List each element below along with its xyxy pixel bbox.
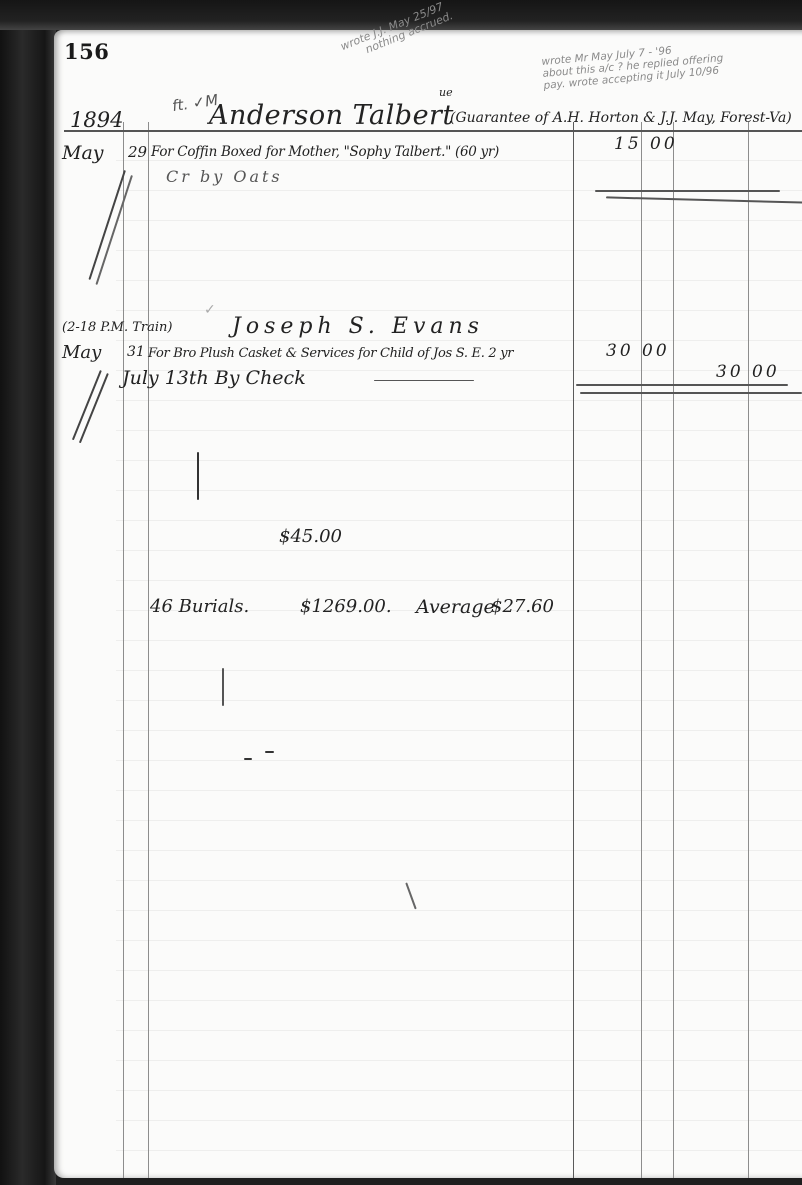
stray-mark [244,758,252,760]
pencil-note-right: wrote Mr May July 7 - '96 about this a/c… [541,40,725,92]
year: 1894 [70,108,123,132]
subtotal: $45.00 [279,526,342,547]
entry-description: For Bro Plush Casket & Services for Chil… [148,346,513,361]
column-rule-day [148,122,149,1178]
entry-day: 29 [128,143,147,161]
ruling-double-2a [576,384,788,386]
book-binding [0,0,56,1185]
account-name-anderson-talbert: Anderson Talbert [209,100,454,131]
burials-count: 46 Burials. [150,596,249,617]
column-rule-date [123,122,124,1178]
entry-sub-note: July 13th By Check [122,367,306,389]
posting-mark [88,170,125,280]
account-name-joseph-evans: Joseph S. Evans [232,314,484,339]
entry-credit: 30 00 [716,362,780,382]
check-mark: ✓ [204,302,216,318]
account-name-suffix: ue [439,86,453,99]
entry-month: May [62,142,104,164]
stray-mark [222,668,224,706]
entry-day: 31 [127,344,145,360]
page-number: 156 [64,39,109,64]
guarantee-note: (Guarantee of A.H. Horton & J.J. May, Fo… [450,110,792,126]
ruling-double-1b [606,196,802,203]
train-note: (2-18 P.M. Train) [62,320,172,335]
entry-month: May [62,342,101,363]
stray-mark [197,452,199,500]
average-value: $27.60 [491,596,554,617]
posting-mark [95,175,132,285]
entry-description: For Coffin Boxed for Mother, "Sophy Talb… [151,144,499,160]
ruling-double-1a [595,190,780,192]
stray-mark [265,751,274,753]
stray-mark [405,883,416,910]
entry-debit: 15 00 [614,134,678,154]
column-rule-debit-end [673,122,674,1178]
burials-total: $1269.00. [300,596,392,617]
ruling-double-2b [580,392,802,394]
average-label: Average [416,596,495,618]
flourish-line [374,380,474,381]
column-rule-debit-cents [641,122,642,1178]
entry-debit: 30 00 [606,341,670,361]
column-rule-particulars [573,122,574,1178]
entry-sub-note: Cr by Oats [166,167,283,186]
posting-mark [72,370,102,440]
ledger-page: 156 wrote J.J. May 25/97 nothing accrued… [54,30,802,1178]
column-rule-credit-cents [748,122,749,1178]
